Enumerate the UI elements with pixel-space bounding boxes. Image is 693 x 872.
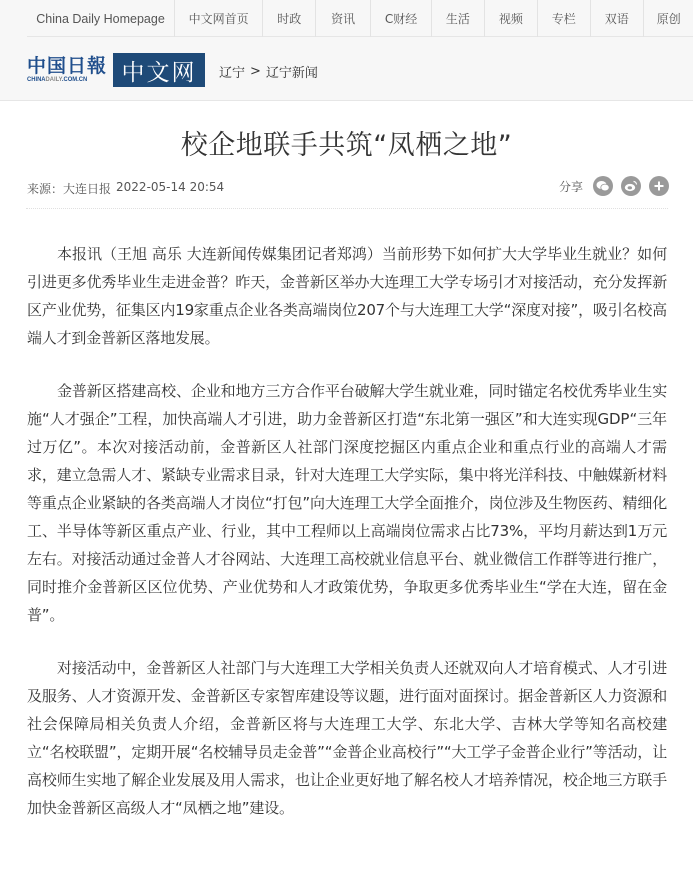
china-daily-logo: 中国日報 CHINADAILY.COM.CN bbox=[27, 53, 113, 87]
china-daily-logo-en: CHINADAILY.COM.CN bbox=[27, 76, 87, 84]
nav-original[interactable]: 原创 bbox=[644, 0, 693, 37]
plus-icon bbox=[654, 181, 664, 191]
nav-news[interactable]: 资讯 bbox=[316, 0, 371, 37]
nav-columns[interactable]: 专栏 bbox=[538, 0, 591, 37]
share-weibo-button[interactable] bbox=[621, 176, 641, 196]
logo-en-domain: .COM.CN bbox=[62, 76, 87, 83]
source-info: 来源：大连日报 bbox=[27, 180, 111, 197]
china-daily-logo-cn: 中国日報 bbox=[27, 56, 107, 76]
nav-china-daily-homepage[interactable]: China Daily Homepage bbox=[27, 0, 175, 37]
top-nav: China Daily Homepage 中文网首页 时政 资讯 C财经 生活 … bbox=[0, 0, 693, 37]
publish-datetime: 2022-05-14 20:54 bbox=[116, 180, 224, 197]
breadcrumb-separator: > bbox=[250, 64, 261, 79]
article-title: 校企地联手共筑“凤栖之地” bbox=[0, 123, 693, 162]
top-nav-bar: China Daily Homepage 中文网首页 时政 资讯 C财经 生活 … bbox=[27, 0, 693, 37]
nav-life[interactable]: 生活 bbox=[432, 0, 485, 37]
site-header: 中国日報 CHINADAILY.COM.CN 中文网 辽宁 > 辽宁新闻 bbox=[0, 37, 693, 101]
logo-en-china: CHINA bbox=[27, 76, 46, 83]
nav-finance[interactable]: C财经 bbox=[371, 0, 432, 37]
share-wechat-button[interactable] bbox=[593, 176, 613, 196]
breadcrumb-liaoning-news[interactable]: 辽宁新闻 bbox=[266, 62, 318, 81]
article-paragraph: 本报讯（王旭 高乐 大连新闻传媒集团记者郑鸿）当前形势下如何扩大大学毕业生就业？… bbox=[27, 240, 667, 352]
article-body: 本报讯（王旭 高乐 大连新闻传媒集团记者郑鸿）当前形势下如何扩大大学毕业生就业？… bbox=[27, 240, 667, 847]
nav-bilingual[interactable]: 双语 bbox=[591, 0, 644, 37]
breadcrumb: 辽宁 > 辽宁新闻 bbox=[219, 62, 318, 81]
weibo-icon bbox=[624, 180, 638, 192]
source-name: 大连日报 bbox=[63, 182, 111, 196]
meta-divider bbox=[26, 208, 668, 209]
nav-politics[interactable]: 时政 bbox=[263, 0, 316, 37]
breadcrumb-liaoning[interactable]: 辽宁 bbox=[219, 62, 245, 81]
share-label: 分享 bbox=[559, 178, 583, 195]
article-paragraph: 金普新区搭建高校、企业和地方三方合作平台破解大学生就业难，同时锚定名校优秀毕业生… bbox=[27, 377, 667, 629]
site-logo[interactable]: 中国日報 CHINADAILY.COM.CN 中文网 bbox=[27, 53, 205, 87]
share-bar: 分享 bbox=[559, 176, 669, 196]
zhongwenwang-logo: 中文网 bbox=[113, 53, 205, 87]
source-label: 来源： bbox=[27, 182, 63, 196]
logo-en-daily: DAILY bbox=[46, 76, 62, 83]
nav-video[interactable]: 视频 bbox=[485, 0, 538, 37]
nav-chinese-homepage[interactable]: 中文网首页 bbox=[175, 0, 263, 37]
article-paragraph: 对接活动中，金普新区人社部门与大连理工大学相关负责人还就双向人才培育模式、人才引… bbox=[27, 654, 667, 822]
article-meta: 来源：大连日报 2022-05-14 20:54 bbox=[27, 180, 224, 197]
wechat-icon bbox=[596, 180, 610, 192]
share-more-button[interactable] bbox=[649, 176, 669, 196]
